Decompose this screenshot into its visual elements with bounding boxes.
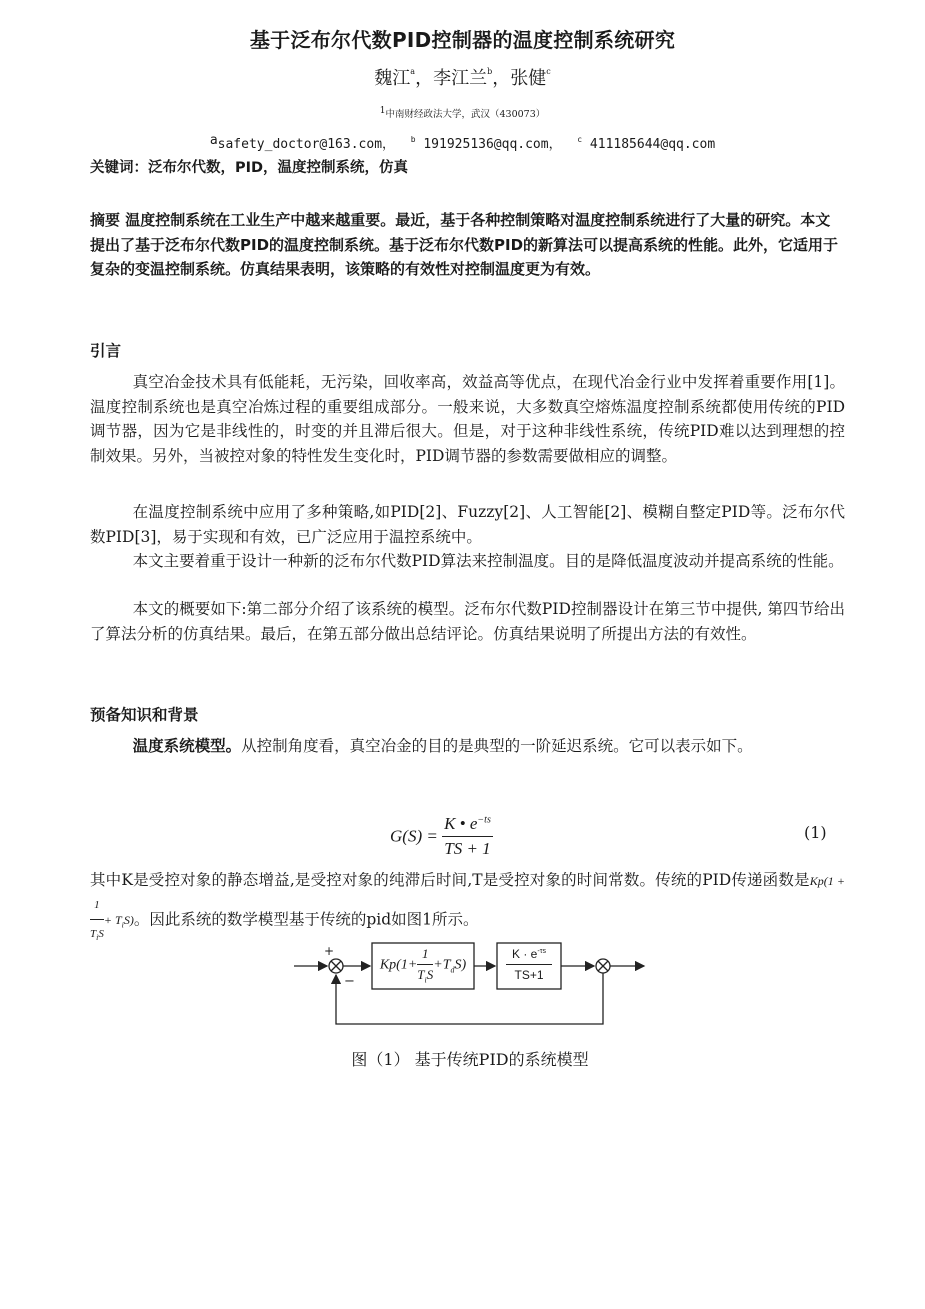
email-mark: b [411,135,416,144]
block-diagram: + − Kp(1+1TiS+TdS) K · e-τsTS+1 [292,940,652,1032]
equation-numerator: K • e−ts [442,814,493,837]
author-separator: ， [492,68,510,89]
keywords: 关键词：泛布尔代数，PID，温度控制系统，仿真 [90,156,408,177]
plant-num-text: K · e [512,947,537,961]
section-heading-prelim: 预备知识和背景 [90,703,199,725]
formula-suffix: + T [104,913,122,927]
plus-sign: + [324,944,334,958]
email-list: asafety_doctor@163.com， b 191925136@qq.c… [0,133,925,152]
plant-num-exp: -τs [537,948,546,955]
email-mark: a [210,133,218,148]
plant-block: K · e-τsTS+1 [497,947,561,982]
equation-fraction: K • e−ts TS + 1 [442,814,493,859]
equation-1: G(S) = K • e−ts TS + 1 [390,814,520,866]
pid-den: TiS [417,965,433,985]
author-separator: ， [415,68,433,89]
explanation-text-2: 。因此系统的数学模型基于传统的pid如图1所示。 [134,910,479,928]
intro-paragraph: 真空冶金技术具有低能耗，无污染，回收率高，效益高等优点，在现代冶金行业中发挥着重… [90,370,845,468]
author-list: 魏江a，李江兰b，张健c [0,64,925,90]
equation-number: (1) [804,823,827,842]
email-mark: c [577,135,582,144]
plant-fraction: K · e-τsTS+1 [506,947,552,982]
suffix-tail: S) [124,913,134,927]
author-name: 魏江 [374,68,410,89]
email-separator: ， [549,137,562,152]
affiliation: 1中南财经政法大学，武汉（430073） [0,106,925,120]
pid-num: 1 [417,946,433,965]
formula-prefix: Kp(1 + [810,874,845,888]
author-mark: c [546,67,550,76]
intro-paragraph: 本文主要着重于设计一种新的泛布尔代数PID算法来控制温度。目的是降低温度波动并提… [90,549,845,574]
explanation-text: 其中K是受控对象的静态增益,是受控对象的纯滞后时间,T是受控对象的时间常数。传统… [90,871,810,889]
lead-text: 从控制角度看，真空冶金的目的是典型的一阶延迟系统。它可以表示如下。 [241,737,753,755]
pid-fraction: 1TiS [417,946,433,985]
den-tail: S [98,928,104,940]
prelim-explanation: 其中K是受控对象的静态增益,是受控对象的纯滞后时间,T是受控对象的时间常数。传统… [90,868,845,950]
paper-title: 基于泛布尔代数PID控制器的温度控制系统研究 [0,24,925,53]
email-address: 191925136@qq.com [423,137,548,152]
numerator-text: K • e [444,814,477,833]
pid-prefix: Kp(1+ [380,957,417,972]
author-name: 张健 [510,68,546,89]
formula-num: 1 [90,893,104,920]
section-heading-intro: 引言 [90,339,121,361]
author-name: 李江兰 [433,68,487,89]
prelim-paragraph: 温度系统模型。从控制角度看，真空冶金的目的是典型的一阶延迟系统。它可以表示如下。 [90,734,845,759]
intro-paragraph: 本文的概要如下:第二部分介绍了该系统的模型。泛布尔代数PID控制器设计在第三节中… [90,597,845,646]
plant-denominator: TS+1 [506,965,552,982]
formula-den: TiS [90,920,104,950]
formula-fraction: 1TiS [90,893,104,950]
plant-numerator: K · e-τs [506,947,552,965]
affiliation-text: 中南财经政法大学，武汉（430073） [385,109,545,120]
abstract: 摘要 温度控制系统在工业生产中越来越重要。最近，基于各种控制策略对温度控制系统进… [90,208,845,282]
email-separator: ， [382,137,395,152]
figure-caption: 图（1） 基于传统PID的系统模型 [0,1047,925,1070]
pid-suffix-tail: S) [454,957,466,972]
pid-den-T: T [417,967,424,982]
intro-paragraph: 在温度控制系统中应用了多种策略,如PID[2]、Fuzzy[2]、人工智能[2]… [90,500,845,549]
email-address: 411185644@qq.com [590,137,715,152]
pid-suffix: +T [433,957,450,972]
email-address: safety_doctor@163.com [218,137,382,152]
lead-term: 温度系统模型。 [133,737,242,755]
pid-block: Kp(1+1TiS+TdS) [372,946,474,985]
numerator-exponent: −ts [477,814,490,825]
equation-lhs: G(S) = [390,827,438,846]
equation-denominator: TS + 1 [442,837,493,859]
minus-sign: − [344,974,355,989]
